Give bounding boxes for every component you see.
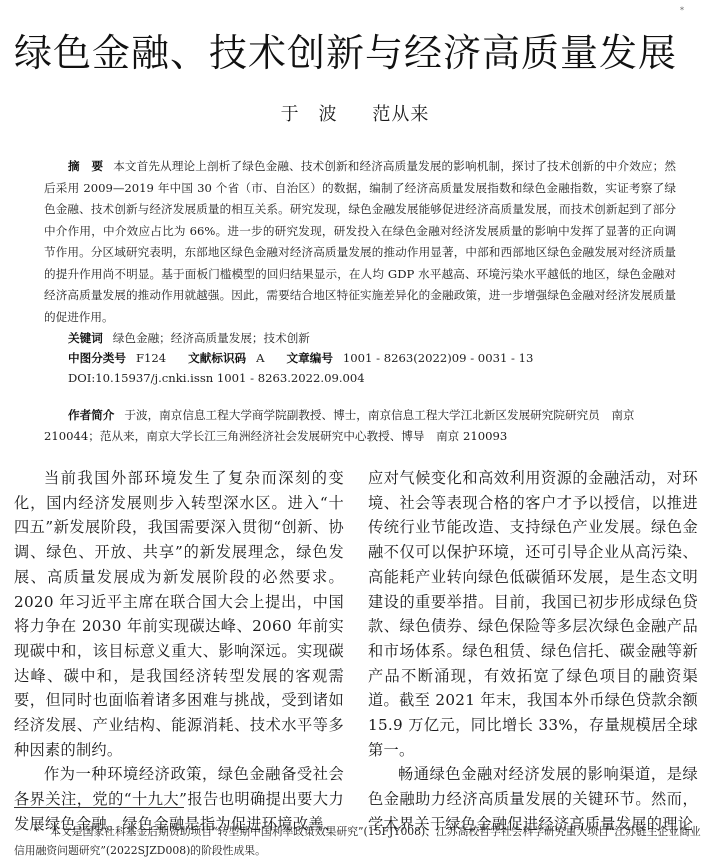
clc-value: F124 xyxy=(136,351,166,365)
article-title: 绿色金融、技术创新与经济高质量发展 xyxy=(14,29,704,77)
clc-label: 中图分类号 xyxy=(68,351,126,365)
abstract-text: 本文首先从理论上剖析了绿色金融、技术创新和经济高质量发展的影响机制，探讨了技术创… xyxy=(44,159,676,324)
body-column-left: 当前我国外部环境发生了复杂而深刻的变化，国内经济发展则步入转型深水区。进入“十四… xyxy=(14,466,344,837)
body-column-right: 应对气候变化和高效利用资源的金融活动，对环境、社会等表现合格的客户才予以授信，以… xyxy=(368,466,698,837)
article-no-label: 文章编号 xyxy=(287,351,333,365)
title-footnote-mark: * xyxy=(680,6,684,15)
doi-line: DOI:10.15937/j.cnki.issn 1001 - 8263.202… xyxy=(44,368,676,388)
body-paragraph: 应对气候变化和高效利用资源的金融活动，对环境、社会等表现合格的客户才予以授信，以… xyxy=(368,466,698,762)
keywords-line: 关键词绿色金融；经济高质量发展；技术创新 xyxy=(44,328,676,348)
body-paragraph: 当前我国外部环境发生了复杂而深刻的变化，国内经济发展则步入转型深水区。进入“十四… xyxy=(14,466,344,762)
keywords-text: 绿色金融；经济高质量发展；技术创新 xyxy=(113,331,310,345)
footnote-divider xyxy=(14,807,184,808)
doc-code-label: 文献标识码 xyxy=(188,351,246,365)
author-name: 于 波 xyxy=(281,104,338,125)
footnote-text: * 本文是国家社科基金后期资助项目“转型期中国利率政策效果研究”(15FJY00… xyxy=(14,822,704,860)
doc-code-value: A xyxy=(256,351,264,365)
author-intro-paragraph: 作者简介于波，南京信息工程大学商学院副教授、博士，南京信息工程大学江北新区发展研… xyxy=(44,405,676,447)
abstract-label: 摘 要 xyxy=(68,159,103,173)
author-intro-text: 于波，南京信息工程大学商学院副教授、博士，南京信息工程大学江北新区发展研究院研究… xyxy=(44,408,635,443)
footnote-section: * 本文是国家社科基金后期资助项目“转型期中国利率政策效果研究”(15FJY00… xyxy=(14,822,704,860)
author-list: 于 波 范从来 xyxy=(0,100,710,126)
classification-line: 中图分类号F124文献标识码A文章编号1001 - 8263(2022)09 -… xyxy=(44,348,676,368)
author-intro-label: 作者简介 xyxy=(68,408,114,422)
article-no-value: 1001 - 8263(2022)09 - 0031 - 13 xyxy=(343,351,533,365)
abstract-paragraph: 摘 要本文首先从理论上剖析了绿色金融、技术创新和经济高质量发展的影响机制，探讨了… xyxy=(44,156,676,328)
abstract-section: 摘 要本文首先从理论上剖析了绿色金融、技术创新和经济高质量发展的影响机制，探讨了… xyxy=(44,156,676,388)
author-name: 范从来 xyxy=(372,104,429,125)
keywords-label: 关键词 xyxy=(68,331,103,345)
author-intro-section: 作者简介于波，南京信息工程大学商学院副教授、博士，南京信息工程大学江北新区发展研… xyxy=(44,405,676,447)
